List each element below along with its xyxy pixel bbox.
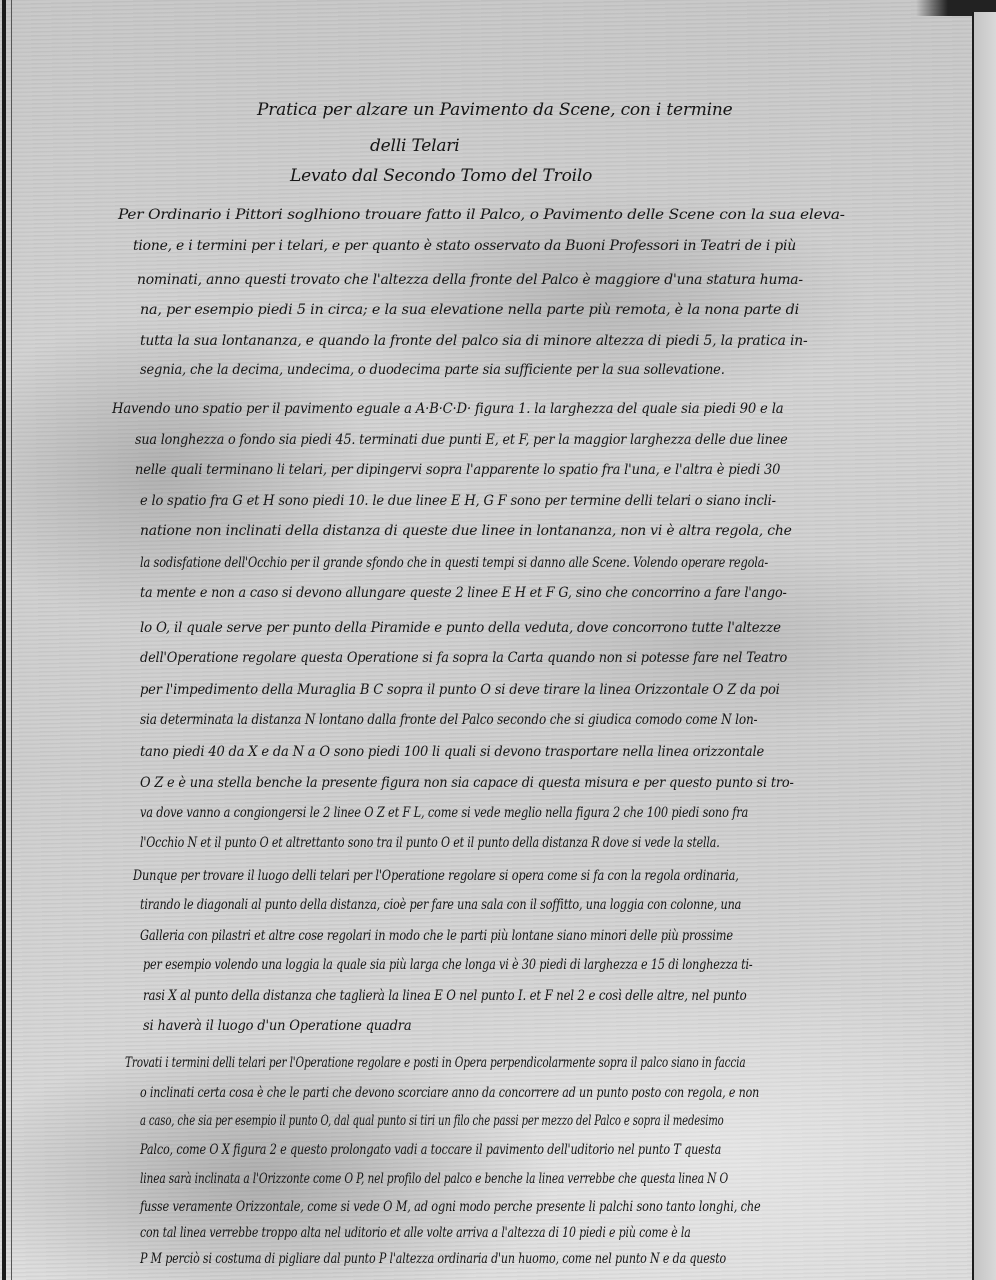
text-line: O Z e è una stella benche la presente fi… (140, 775, 794, 791)
manuscript-page: Pratica per alzare un Pavimento da Scene… (0, 0, 974, 1280)
text-line: dell'Operatione regolare questa Operatio… (140, 650, 787, 666)
text-line: Palco, come O X figura 2 e questo prolon… (140, 1142, 721, 1158)
text-line: a caso, che sia per esempio il punto O, … (140, 1113, 724, 1129)
title-line-1: Pratica per alzare un Pavimento da Scene… (257, 100, 733, 120)
text-line: la sodisfatione dell'Occhio per il grand… (140, 555, 768, 571)
text-line: per l'impedimento della Muraglia B C sop… (140, 682, 780, 698)
text-line: segnia, che la decima, undecima, o duode… (140, 362, 725, 378)
text-line: natione non inclinati della distanza di … (140, 523, 792, 539)
text-line: tano piedi 40 da X e da N a O sono piedi… (140, 744, 764, 760)
text-line: Havendo uno spatio per il pavimento egua… (112, 401, 783, 417)
text-line: si haverà il luogo d'un Operatione quadr… (143, 1018, 411, 1034)
text-line: nelle quali terminano li telari, per dip… (135, 462, 780, 478)
text-line: fusse veramente Orizzontale, come si ved… (140, 1199, 761, 1215)
manuscript-scan: Pratica per alzare un Pavimento da Scene… (0, 0, 996, 1280)
text-line: con tal linea verrebbe troppo alta nel u… (140, 1225, 691, 1241)
text-line: tirando le diagonali al punto della dist… (140, 897, 741, 913)
text-line: na, per esempio piedi 5 in circa; e la s… (140, 302, 799, 318)
text-line: Per Ordinario i Pittori soglhiono trouar… (118, 207, 845, 223)
text-line: per esempio volendo una loggia la quale … (143, 957, 753, 973)
text-line: e lo spatio fra G et H sono piedi 10. le… (140, 493, 776, 509)
text-line: tutta la sua lontananza, e quando la fro… (140, 333, 807, 349)
text-line: tione, e i termini per i telari, e per q… (133, 238, 796, 254)
text-line: Trovati i termini delli telari per l'Ope… (125, 1055, 745, 1071)
text-line: lo O, il quale serve per punto della Pir… (140, 620, 781, 636)
text-line: nominati, anno questi trovato che l'alte… (137, 272, 803, 288)
text-line: sua longhezza o fondo sia piedi 45. term… (135, 432, 787, 448)
text-line: linea sarà inclinata a l'Orizzonte come … (140, 1171, 728, 1187)
adjacent-page-edge (972, 12, 996, 1280)
text-line: sia determinata la distanza N lontano da… (140, 712, 757, 728)
text-line: ta mente e non a caso si devono allungar… (140, 585, 787, 601)
text-line: l'Occhio N et il punto O et altrettanto … (140, 835, 720, 851)
text-line: rasi X al punto della distanza che tagli… (143, 988, 747, 1004)
text-line: Galleria con pilastri et altre cose rego… (140, 928, 733, 944)
text-line: o inclinati certa cosa è che le parti ch… (140, 1085, 759, 1101)
text-line: va dove vanno a congiongersi le 2 linee … (140, 805, 748, 821)
title-line-2: delli Telari (370, 136, 459, 156)
text-line: Dunque per trovare il luogo delli telari… (133, 868, 739, 884)
title-line-3: Levato dal Secondo Tomo del Troilo (290, 166, 592, 186)
text-line: P M perciò si costuma di pigliare dal pu… (140, 1251, 726, 1267)
